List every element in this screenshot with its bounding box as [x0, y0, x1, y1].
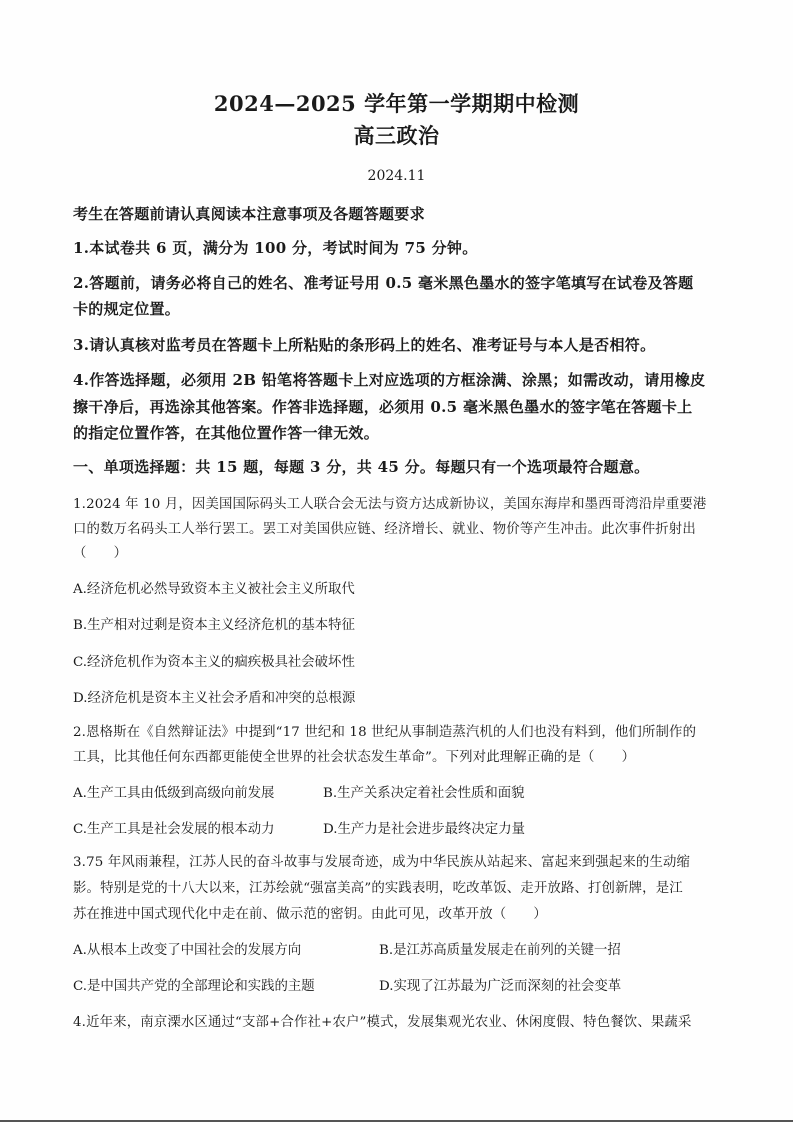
- question-1-option-a: A.经济危机必然导致资本主义被社会主义所取代: [73, 578, 355, 597]
- instruction-item-4-line-1: 4.作答选择题，必须用 2B 铅笔将答题卡上对应选项的方框涂满、涂黑；如需改动，…: [73, 369, 733, 390]
- section-heading: 一、单项选择题：共 15 题，每题 3 分，共 45 分。每题只有一个选项最符合…: [73, 456, 733, 477]
- question-2-option-c: C.生产工具是社会发展的根本动力: [73, 818, 275, 837]
- question-1-line-2: 口的数万名码头工人举行罢工。罢工对美国供应链、经济增长、就业、物价等产生冲击。此…: [73, 518, 733, 537]
- question-2-option-a: A.生产工具由低级到高级向前发展: [73, 782, 274, 801]
- question-1-option-d: D.经济危机是资本主义社会矛盾和冲突的总根源: [73, 687, 355, 706]
- question-4-line-1: 4.近年来，南京溧水区通过“支部+合作社+农户”模式，发展集观光农业、休闲度假、…: [73, 1011, 733, 1030]
- instruction-item-4-line-2: 擦干净后，再选涂其他答案。作答非选择题，必须用 0.5 毫米黑色墨水的签字笔在答…: [73, 396, 733, 417]
- question-3-line-1: 3.75 年风雨兼程，江苏人民的奋斗故事与发展奇迹，成为中华民族从站起来、富起来…: [73, 851, 733, 870]
- instruction-item-4-line-3: 的指定位置作答，在其他位置作答一律无效。: [73, 422, 733, 443]
- question-1-option-c: C.经济危机作为资本主义的痼疾极具社会破坏性: [73, 651, 355, 670]
- question-3-option-b: B.是江苏高质量发展走在前列的关键一招: [379, 939, 621, 958]
- exam-subject: 高三政治: [0, 120, 793, 150]
- question-1-option-b: B.生产相对过剩是资本主义经济危机的基本特征: [73, 614, 355, 633]
- question-2-line-2: 工具，比其他任何东西都更能使全世界的社会状态发生革命”。下列对此理解正确的是（ …: [73, 746, 733, 765]
- question-2-option-d: D.生产力是社会进步最终决定力量: [323, 818, 525, 837]
- question-3-line-2: 影。特别是党的十八大以来，江苏绘就“强富美高”的实践表明，吃改革饭、走开放路、打…: [73, 877, 733, 896]
- instruction-item-2-line-2: 卡的规定位置。: [73, 298, 733, 319]
- question-3-option-d: D.实现了江苏最为广泛而深刻的社会变革: [379, 975, 621, 994]
- instruction-item-1: 1.本试卷共 6 页，满分为 100 分，考试时间为 75 分钟。: [73, 237, 733, 258]
- exam-title: 2024—2025 学年第一学期期中检测: [0, 88, 793, 118]
- question-2-line-1: 2.恩格斯在《自然辩证法》中提到“17 世纪和 18 世纪从事制造蒸汽机的人们也…: [73, 721, 733, 740]
- exam-date: 2024.11: [0, 168, 793, 184]
- question-3-option-a: A.从根本上改变了中国社会的发展方向: [73, 939, 301, 958]
- instruction-item-2-line-1: 2.答题前，请务必将自己的姓名、准考证号用 0.5 毫米黑色墨水的签字笔填写在试…: [73, 272, 733, 293]
- question-3-option-c: C.是中国共产党的全部理论和实践的主题: [73, 975, 315, 994]
- question-1-line-3: （ ）: [73, 542, 733, 561]
- question-1-line-1: 1.2024 年 10 月，因美国国际码头工人联合会无法与资方达成新协议，美国东…: [73, 493, 733, 512]
- question-3-line-3: 苏在推进中国式现代化中走在前、做示范的密钥。由此可见，改革开放（ ）: [73, 903, 733, 922]
- question-2-option-b: B.生产关系决定着社会性质和面貌: [323, 782, 525, 801]
- instruction-item-3: 3.请认真核对监考员在答题卡上所粘贴的条形码上的姓名、准考证号与本人是否相符。: [73, 334, 733, 355]
- exam-page: 2024—2025 学年第一学期期中检测 高三政治 2024.11 考生在答题前…: [0, 0, 793, 1120]
- instructions-heading: 考生在答题前请认真阅读本注意事项及各题答题要求: [73, 203, 733, 224]
